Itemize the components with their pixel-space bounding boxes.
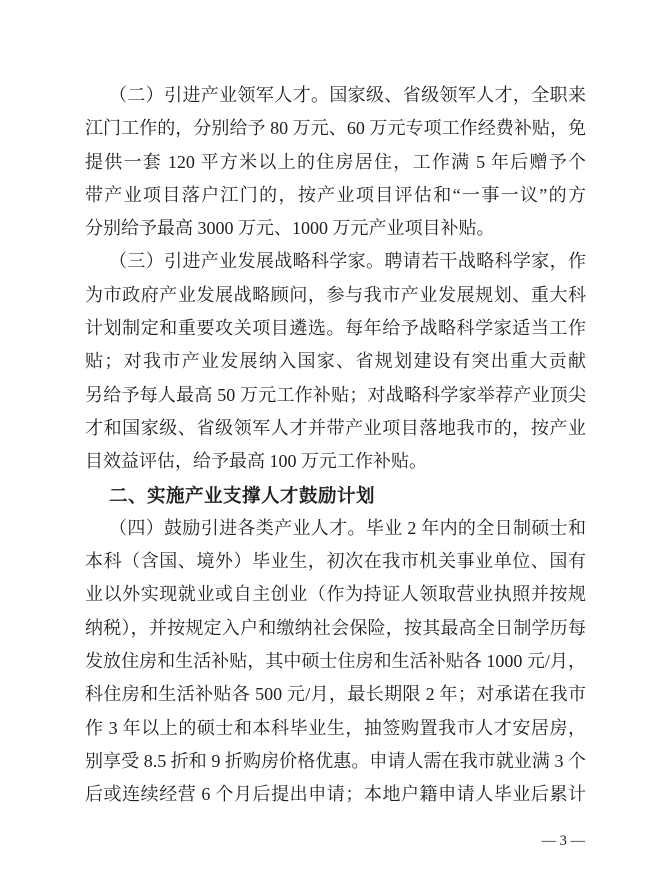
text-line: 后或连续经营 6 个月后提出申请；本地户籍申请人毕业后累计待 bbox=[85, 778, 586, 811]
text-line: 别享受 8.5 折和 9 折购房价格优惠。申请人需在我市就业满 3 个月 bbox=[85, 745, 586, 778]
text-line: 科住房和生活补贴各 500 元/月，最长期限 2 年；对承诺在我市工 bbox=[85, 678, 586, 711]
text-line: 为市政府产业发展战略顾问，参与我市产业发展规划、重大科技 bbox=[85, 279, 586, 312]
paragraph-item-3: （三）引进产业发展战略科学家。聘请若干战略科学家，作为市政府产业发展战略顾问，参… bbox=[85, 245, 586, 478]
text-line: 分别给予最高 3000 万元、1000 万元产业项目补贴。 bbox=[85, 212, 586, 245]
document-body: （二）引进产业领军人才。国家级、省级领军人才，全职来江门工作的，分别给予 80 … bbox=[85, 79, 586, 812]
text-line: 作 3 年以上的硕士和本科毕业生，抽签购置我市人才安居房，分 bbox=[85, 712, 586, 745]
text-line: 江门工作的，分别给予 80 万元、60 万元专项工作经费补贴，免费 bbox=[85, 112, 586, 145]
text-line: 带产业项目落户江门的，按产业项目评估和“一事一议”的方式， bbox=[85, 179, 586, 212]
page-number: — 3 — bbox=[542, 833, 586, 850]
text-line: 目效益评估，给予最高 100 万元工作补贴。 bbox=[85, 445, 586, 478]
text-line: 本科（含国、境外）毕业生，初次在我市机关事业单位、国有企 bbox=[85, 545, 586, 578]
text-line: 业以外实现就业或自主创业（作为持证人领取营业执照并按规定 bbox=[85, 578, 586, 611]
text-line: （四）鼓励引进各类产业人才。毕业 2 年内的全日制硕士和 bbox=[85, 512, 586, 545]
text-line: 贴；对我市产业发展纳入国家、省规划建设有突出重大贡献的， bbox=[85, 345, 586, 378]
text-line: （三）引进产业发展战略科学家。聘请若干战略科学家，作 bbox=[85, 245, 586, 278]
text-line: （二）引进产业领军人才。国家级、省级领军人才，全职来 bbox=[85, 79, 586, 112]
paragraph-item-4: （四）鼓励引进各类产业人才。毕业 2 年内的全日制硕士和本科（含国、境外）毕业生… bbox=[85, 512, 586, 812]
text-line: 二、实施产业支撑人才鼓励计划 bbox=[85, 479, 586, 512]
text-line: 提供一套 120 平方米以上的住房居住，工作满 5 年后赠予个人； bbox=[85, 146, 586, 179]
text-line: 纳税），并按规定入户和缴纳社会保险，按其最高全日制学历每月 bbox=[85, 612, 586, 645]
document-page: （二）引进产业领军人才。国家级、省级领军人才，全职来江门工作的，分别给予 80 … bbox=[0, 0, 671, 889]
paragraph-item-2: （二）引进产业领军人才。国家级、省级领军人才，全职来江门工作的，分别给予 80 … bbox=[85, 79, 586, 245]
text-line: 才和国家级、省级领军人才并带产业项目落地我市的，按产业项 bbox=[85, 412, 586, 445]
text-line: 计划制定和重要攻关项目遴选。每年给予战略科学家适当工作补 bbox=[85, 312, 586, 345]
text-line: 发放住房和生活补贴，其中硕士住房和生活补贴各 1000 元/月，本 bbox=[85, 645, 586, 678]
text-line: 另给予每人最高 50 万元工作补贴；对战略科学家举荐产业顶尖人 bbox=[85, 379, 586, 412]
section-heading-2: 二、实施产业支撑人才鼓励计划 bbox=[85, 479, 586, 512]
